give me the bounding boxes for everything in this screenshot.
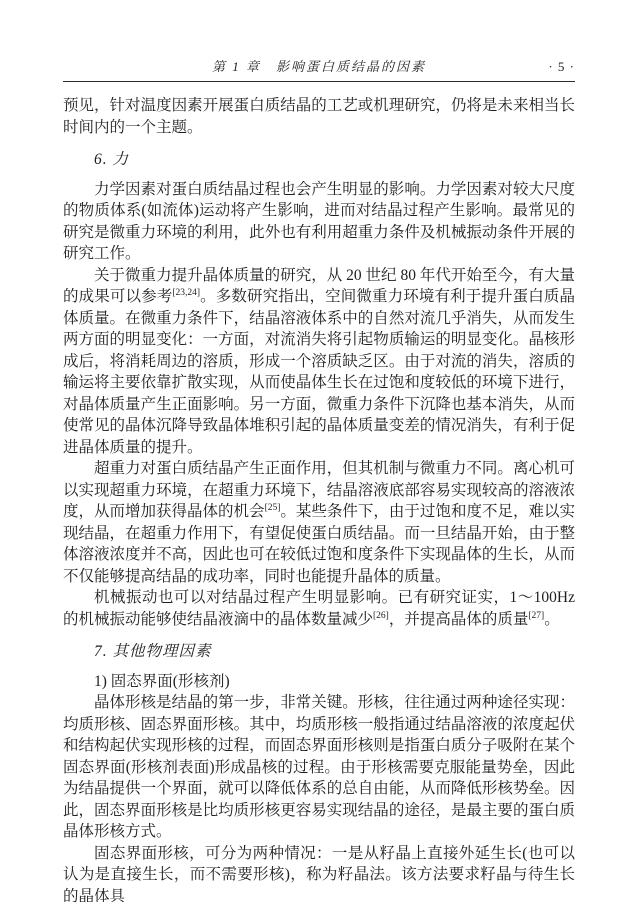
citation-marker: [25] [265, 503, 281, 513]
paragraph: 超重力对蛋白质结晶产生正面作用，但其机制与微重力不同。离心机可以实现超重力环境，… [63, 458, 575, 587]
citation-marker: [23,24] [172, 288, 200, 298]
subsection-heading: 1) 固态界面(形核剂) [63, 671, 575, 693]
paragraph-continuation: 预见，针对温度因素开展蛋白质结晶的工艺或机理研究，仍将是未来相当长时间内的一个主… [63, 95, 575, 138]
page-body: 预见，针对温度因素开展蛋白质结晶的工艺或机理研究，仍将是未来相当长时间内的一个主… [63, 95, 575, 902]
section-heading: 6. 力 [63, 149, 575, 171]
citation-marker: [26] [373, 610, 389, 620]
paragraph: 力学因素对蛋白质结晶过程也会产生明显的影响。力学因素对较大尺度的物质体系(如流体… [63, 179, 575, 265]
paragraph: 晶体形核是结晶的第一步，非常关键。形核，往往通过两种途径实现：均质形核、固态界面… [63, 692, 575, 843]
section-heading: 7. 其他物理因素 [63, 641, 575, 663]
page-number: · 5 · [548, 56, 575, 78]
paragraph: 机械振动也可以对结晶过程产生明显影响。已有研究证实，1～100Hz 的机械振动能… [63, 587, 575, 630]
citation-marker: [27] [528, 610, 544, 620]
paragraph: 固态界面形核，可分为两种情况：一是从籽晶上直接外延生长(也可以认为是直接生长，而… [63, 843, 575, 902]
book-page: 第 1 章 影响蛋白质结晶的因素 · 5 · 预见，针对温度因素开展蛋白质结晶的… [0, 0, 638, 902]
header-rule [63, 81, 575, 82]
paragraph: 关于微重力提升晶体质量的研究，从 20 世纪 80 年代开始至今，有大量的成果可… [63, 265, 575, 459]
running-header: 第 1 章 影响蛋白质结晶的因素 · 5 · [63, 56, 575, 78]
chapter-title: 第 1 章 影响蛋白质结晶的因素 [212, 59, 426, 74]
